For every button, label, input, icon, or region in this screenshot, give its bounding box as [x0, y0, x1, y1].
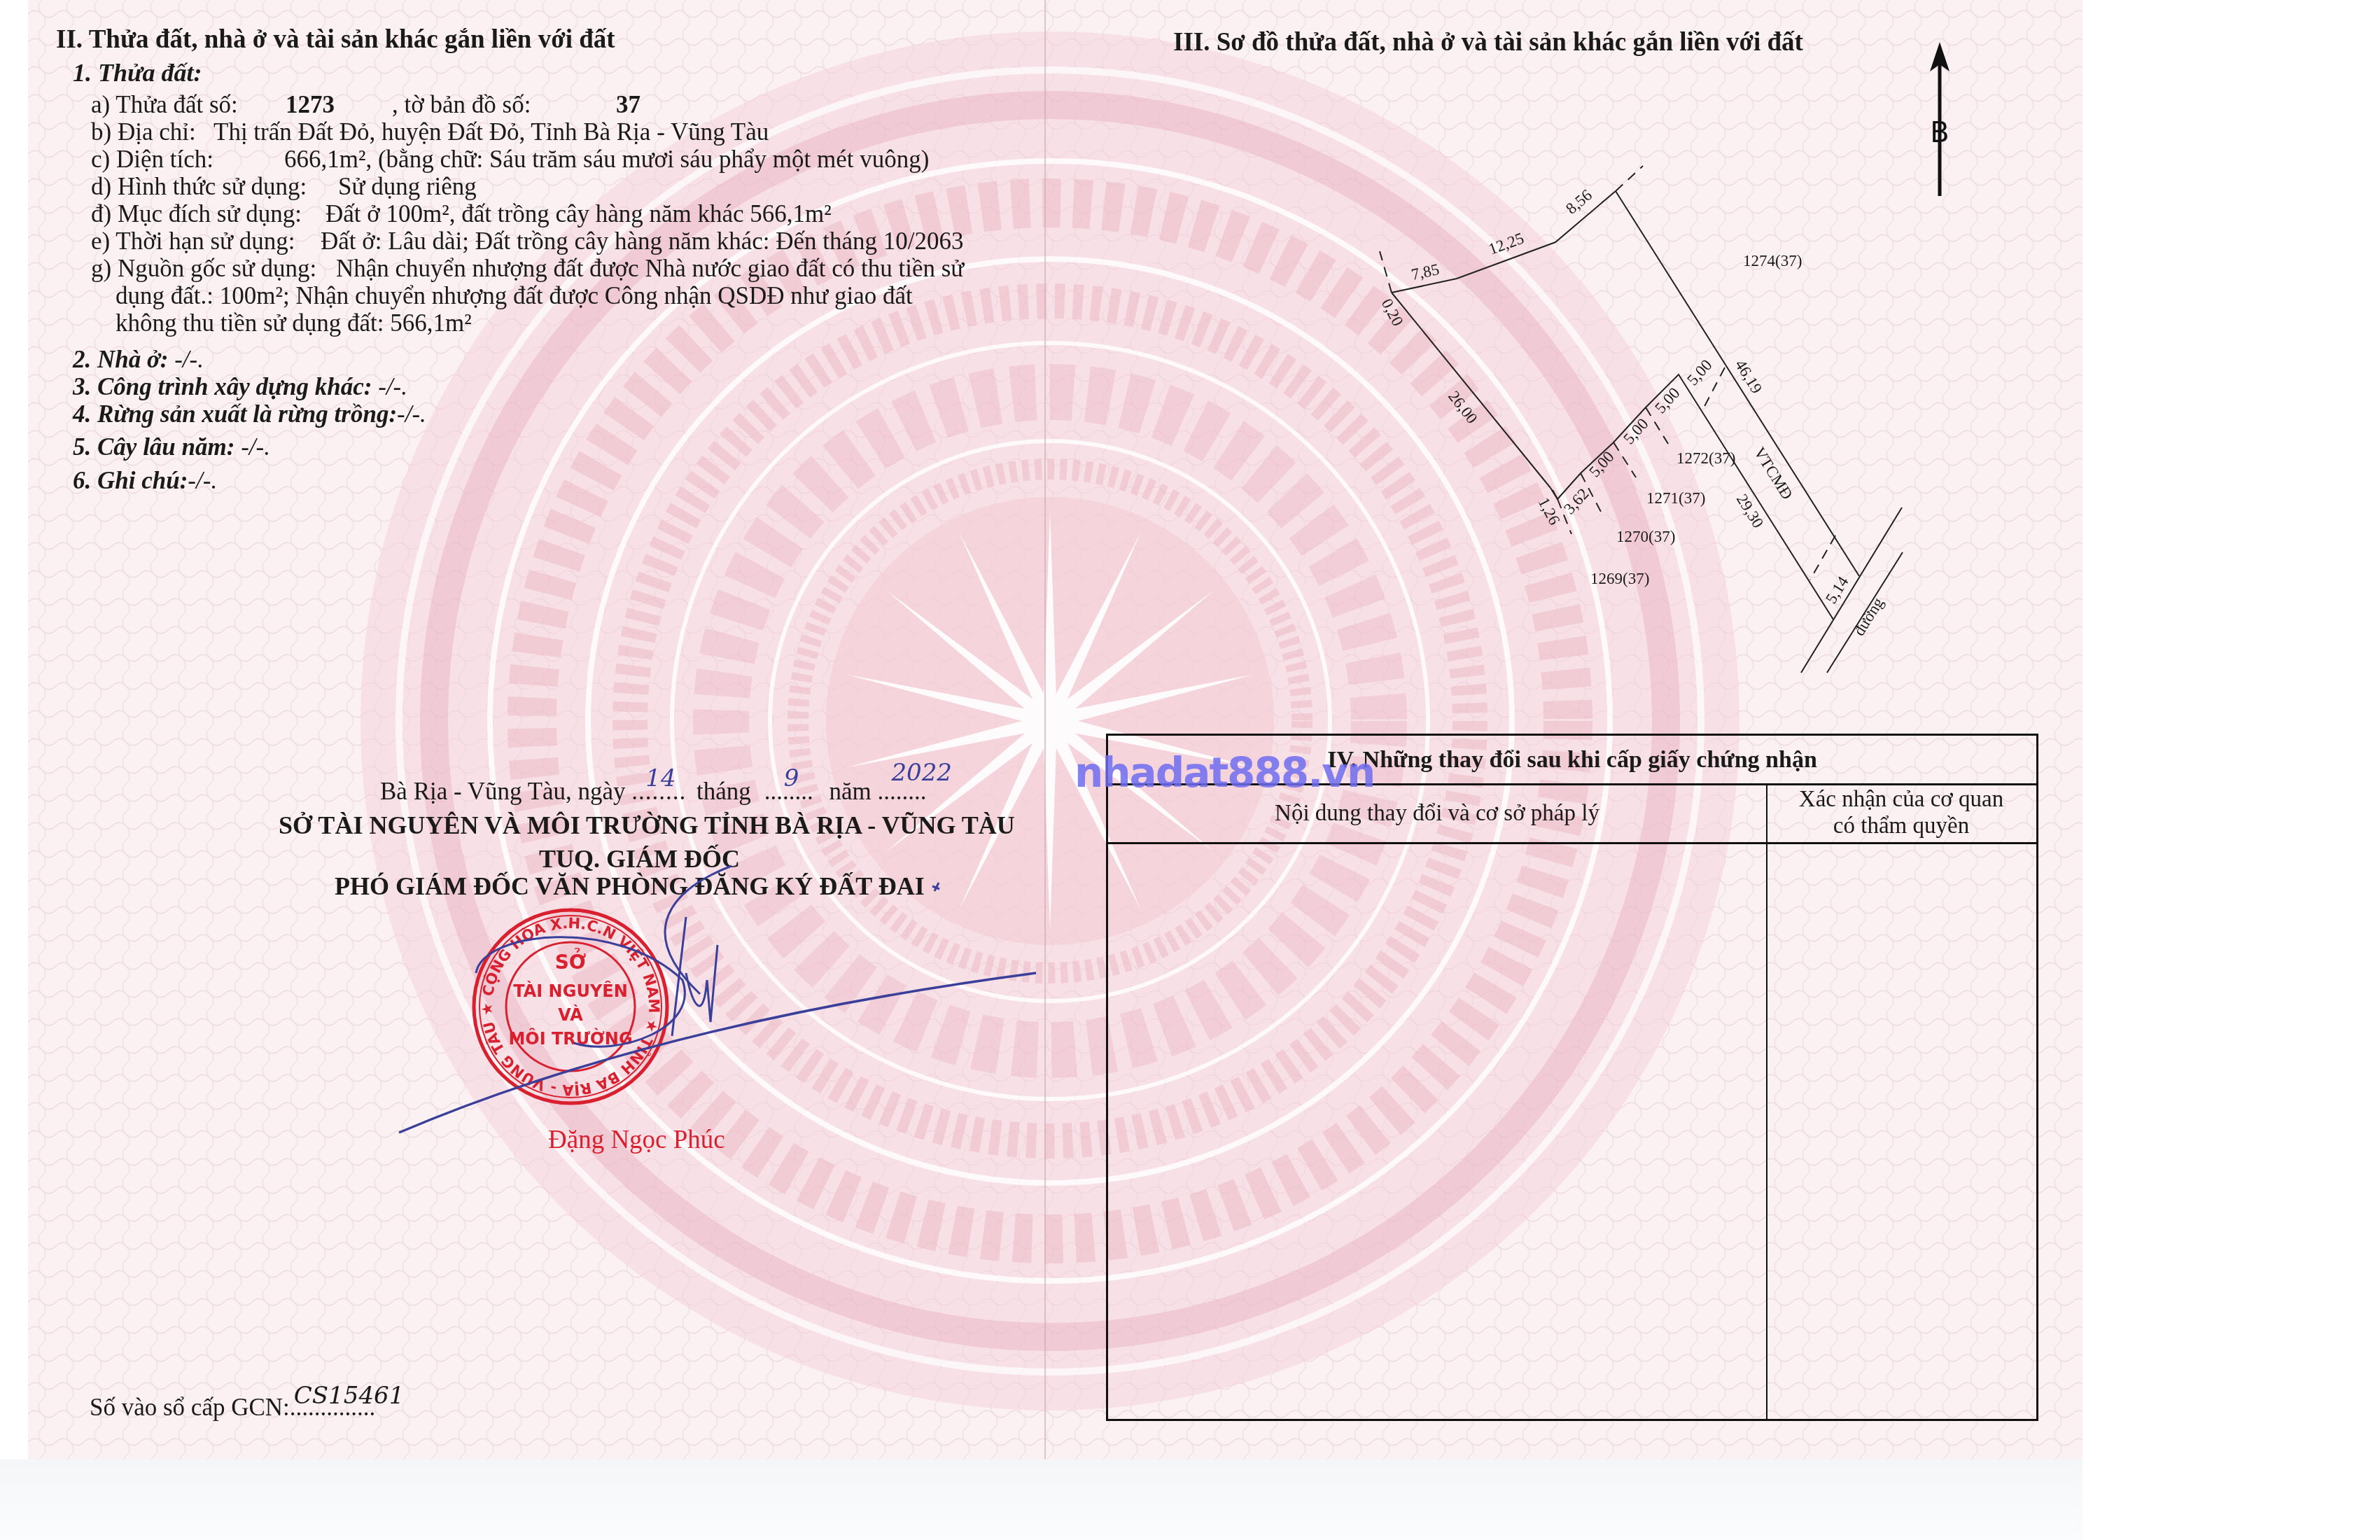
- neighbor-parcel-label: 1271(37): [1646, 489, 1705, 507]
- neighbor-parcel-label: 1269(37): [1590, 570, 1649, 587]
- column-header-confirmation: Xác nhận của cơ quan có thẩm quyền: [1766, 786, 2036, 839]
- edge-label: 0,20: [1378, 296, 1407, 329]
- changes-table: IV. Những thay đổi sau khi cấp giấy chứn…: [1106, 734, 2038, 1421]
- edge-label: 46,19: [1732, 356, 1766, 396]
- road-label: đường: [1850, 594, 1887, 639]
- column-header-confirmation-line-2: có thẩm quyền: [1766, 813, 2036, 839]
- edge-label: 5,00: [1651, 384, 1683, 417]
- edge-label: 12,25: [1486, 230, 1526, 258]
- neighbor-parcel-label: 1274(37): [1743, 252, 1802, 269]
- certificate-page: II. Thửa đất, nhà ở và tài sản khác gắn …: [0, 0, 2082, 1459]
- changes-confirmation-cell[interactable]: [1767, 842, 2036, 1419]
- neighbor-parcel-label: 1272(37): [1676, 449, 1735, 467]
- neighbor-parcel-label: 1270(37): [1616, 528, 1675, 545]
- edge-label: 1,26: [1535, 495, 1564, 528]
- edge-label: 5,00: [1585, 448, 1618, 481]
- north-label: B: [1930, 117, 1949, 149]
- column-header-confirmation-line-1: Xác nhận của cơ quan: [1766, 786, 2036, 813]
- corridor-label: VTCMĐ: [1751, 444, 1796, 503]
- edge-label: 5,00: [1620, 415, 1652, 448]
- column-header-content: Nội dung thay đổi và cơ sở pháp lý: [1108, 800, 1766, 827]
- parcel-dashed-lines: [1380, 166, 1835, 580]
- north-arrow: B: [1930, 42, 1949, 196]
- edge-label: 7,85: [1410, 260, 1441, 283]
- watermark: nhadat888.vn: [1074, 749, 1374, 797]
- edge-label: 26,00: [1445, 388, 1481, 427]
- changes-content-cell[interactable]: [1108, 842, 1766, 1419]
- edge-label: 5,14: [1822, 573, 1852, 607]
- edge-label: 5,00: [1683, 356, 1716, 389]
- scan-bottom-edge: [0, 1459, 2082, 1540]
- edge-label: 29,30: [1733, 491, 1767, 531]
